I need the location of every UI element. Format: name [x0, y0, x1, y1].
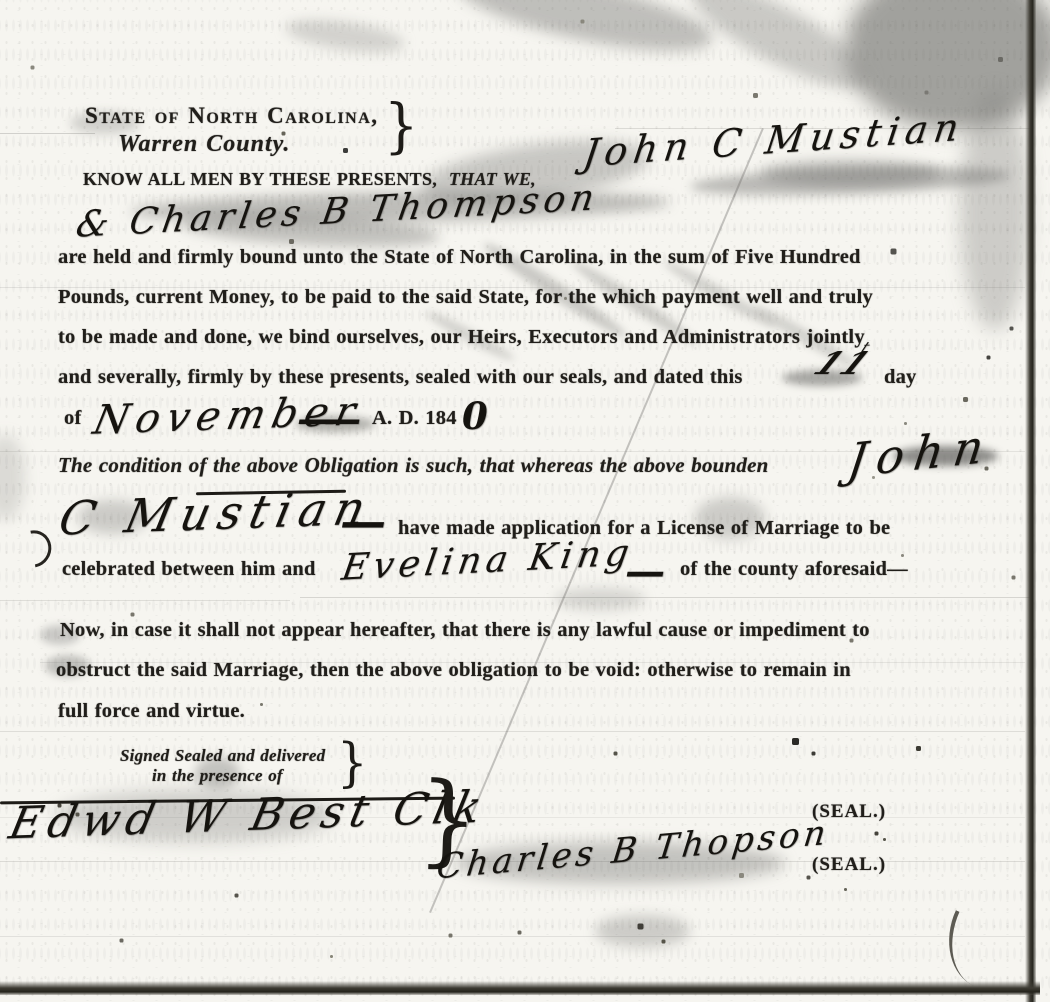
opening-printed-text: KNOW ALL MEN BY THESE PRESENTS,: [83, 169, 437, 189]
bride-dash-handwritten: —: [625, 550, 665, 594]
page-edge-right: [1025, 0, 1036, 1002]
bond-line-1: are held and firmly bound unto the State…: [58, 246, 861, 270]
paper-smudge: [452, 0, 718, 66]
page-edge-bottom: [0, 981, 1040, 995]
scan-streak: [0, 133, 95, 134]
paper-smudge: [960, 90, 1030, 330]
condition-line-4: Now, in case it shall not appear hereaft…: [60, 619, 870, 643]
header-county-line: Warren County.: [118, 131, 290, 159]
year-printed: A. D. 184: [372, 407, 457, 431]
scan-streak: [0, 731, 1025, 732]
condition-line-2: have made application for a License of M…: [398, 517, 890, 541]
scan-streak: [0, 936, 1025, 937]
paper-smudge: [284, 14, 407, 58]
seal-2: (SEAL.): [812, 854, 886, 876]
attestation-line-1: Signed Sealed and delivered: [120, 746, 325, 766]
condition-line-6: full force and virtue.: [58, 700, 245, 724]
condition-line-5: obstruct the said Marriage, then the abo…: [56, 659, 851, 683]
corner-pen-mark: [931, 910, 1004, 988]
scanned-marriage-bond-page: State of North Carolina, Warren County. …: [0, 0, 1050, 1002]
header-state-line: State of North Carolina,: [85, 103, 379, 129]
groom-first-name-handwritten: John: [845, 420, 997, 487]
scan-streak: [300, 597, 1030, 598]
paper-smudge: [0, 435, 25, 520]
day-word: day: [884, 366, 917, 390]
surety-signature-handwritten: Charles B Thopson: [434, 815, 831, 887]
paper-smudge: [690, 162, 1011, 199]
condition-line-3: celebrated between him and: [62, 558, 316, 582]
of-word: of: [64, 407, 81, 431]
bond-line-2: Pounds, current Money, to be paid to the…: [58, 286, 873, 310]
bond-line-4: and severally, firmly by these presents,…: [58, 366, 743, 390]
header-brace: }: [384, 96, 418, 155]
paper-smudge: [595, 915, 690, 947]
condition-line-3b: of the county aforesaid—: [680, 558, 908, 582]
ink-speck-layer: [0, 0, 1, 1]
principal-name-handwritten: John C Mustian: [580, 106, 967, 175]
year-digit-handwritten: 0: [462, 396, 488, 437]
bond-line-3: to be made and done, we bind ourselves, …: [58, 326, 865, 350]
attestation-brace: }: [337, 737, 368, 790]
condition-line-1: The condition of the above Obligation is…: [58, 453, 769, 477]
scan-streak: [0, 600, 290, 601]
groom-dash-handwritten: —: [340, 496, 386, 547]
margin-hook-mark: [7, 523, 58, 575]
month-dash-handwritten: ——: [297, 398, 349, 440]
attestation-line-2: in the presence of: [152, 766, 283, 786]
day-number-handwritten: 11: [807, 347, 879, 381]
paper-smudge: [760, 160, 940, 186]
paper-smudge: [679, 0, 881, 107]
